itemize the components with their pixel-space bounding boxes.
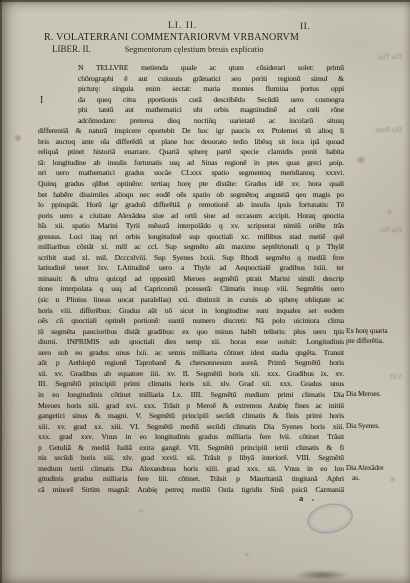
text-line: da queq citra pportionis curã describẽdo…: [78, 95, 344, 106]
foxing-spot: [356, 155, 366, 165]
text-line: tã: longitudine ab insulis fortunatis us…: [38, 158, 344, 169]
text-line: tione interpolata q usq ad Capricornũ pc…: [38, 284, 344, 295]
text-line: adcõmodare: preterea dieq noctiũq uariet…: [78, 116, 344, 127]
page-edge-top: [0, 0, 410, 2]
folio-number: II.: [300, 22, 310, 32]
text-line: differentiã & naturã inspicere oportebit…: [38, 126, 344, 137]
text-line: Meroes horis xiii. grad xvi. xxx. Trãsit…: [38, 401, 344, 412]
text-line: chõrographi ẽ aut cuiusuis grãmatici seu…: [78, 74, 344, 85]
running-header: LI. II.: [168, 21, 197, 31]
margin-note: pte differẽtia.: [346, 336, 408, 345]
text-line: aũt p Aethiopũ regionẽ Taprobanẽ & chers…: [38, 358, 344, 369]
signature-mark: a: [299, 493, 303, 503]
foxing-spot: [386, 208, 393, 215]
bottom-edge-smudge: [296, 570, 348, 580]
foxing-spot: [244, 552, 250, 557]
library-stamp-text: ·············: [324, 512, 335, 526]
page-edge-left: [0, 0, 2, 583]
text-line: uero sub eo gradus unus lxii. ac semis m…: [38, 348, 344, 359]
text-line: gressus. Loci itaq nri orbis longitudinẽ…: [38, 232, 344, 243]
text-line: lo ppinquãt. Horũ igr graduũ differẽtiã …: [38, 200, 344, 211]
ink-showthrough: Dia Per.: [342, 226, 402, 234]
text-line: p Getuliã & mediã Iudiã extra gangẽ. VII…: [38, 443, 344, 454]
text-line: medium tertii climatis Dia Alexandreas h…: [38, 464, 344, 475]
text-line: bris auctoq ante oĩa differẽdũ ut plane …: [38, 137, 344, 148]
ink-showthrough: Dia Tha.: [342, 53, 402, 61]
text-line: xii. xv. Gradibus ab equatore iiii. xv. …: [38, 369, 344, 380]
text-line: gangetici sinus & magni. V. Segmẽtũ prin…: [38, 411, 344, 422]
book-number: LIBER. II.: [52, 44, 91, 54]
text-line: tũ segmẽta paucioribus distãt gradibus: …: [38, 327, 344, 338]
ink-showthrough: VIII: [342, 373, 402, 381]
foxing-spot: [138, 508, 144, 514]
text-line: xxx. grad xxv. Vnus in eo longitudinis g…: [38, 432, 344, 443]
text-line: phi tantũ aut mathematici ubi orbis magn…: [78, 105, 344, 116]
foxing-spot: [14, 133, 22, 143]
margin-note: as.: [352, 473, 410, 482]
text-line: oẽs cũ qnoctiali optinẽt portionẽ: eantũ…: [38, 316, 344, 327]
ink-dot: [312, 499, 314, 501]
text-line: poris uero a ciuitate Alexãdea siue ad o…: [38, 211, 344, 222]
foxing-spot: [388, 476, 397, 483]
margin-note: Dia Meroes.: [346, 389, 408, 398]
text-block: N TELLVRE metienda quale ac qtum cõsider…: [38, 63, 344, 495]
text-line: (sic n Plinius lineas uocat paralellas) …: [38, 295, 344, 306]
text-line: bet habẽre dissimiles alioqn nec eodẽ oẽ…: [38, 190, 344, 201]
text-line: scribit stad xl. mil. Dcccxlviii. Sup Sy…: [38, 253, 344, 264]
text-line: minauit: & ultra quicqd ad oppositũ Mero…: [38, 274, 344, 285]
book-page: LI. II. II. R. VOLATERRANI COMMENTARIORV…: [0, 0, 410, 583]
text-line: xiii. xv. grad xx. xiii. VI. Segmẽtũ med…: [38, 422, 344, 433]
foxing-spot: [299, 84, 305, 90]
section-heading: Segmentorum cęlestium breuis explicatio: [125, 45, 264, 54]
margin-note: Dia Syenes.: [346, 421, 408, 430]
margin-note: Dia Alexãdre: [346, 463, 408, 472]
text-line: Quinq gradus qlibet optinẽre: tertiaq ho…: [38, 179, 344, 190]
text-line: gitudinis gradus milliaria fere liii. cõ…: [38, 474, 344, 485]
text-line: horis viii. differẽbus: Gradus aũt nõ si…: [38, 306, 344, 317]
text-line: reliquã ptinet historiã enarrare. Quartã…: [38, 147, 344, 158]
text-line: hĩs xii. spatio Marini Tyrii mẽsurã inte…: [38, 221, 344, 232]
margin-note: Ex horę quarta: [346, 326, 408, 335]
chapter-title: R. VOLATERRANI COMMENTARIORVM VRBANORVM: [44, 32, 344, 43]
text-line: nis secũdi horis xiii. xlv. grad xxvii. …: [38, 453, 344, 464]
text-line: latitudinẽ tenet lxv. LAtitudinẽ uero a …: [38, 263, 344, 274]
library-stamp-icon: ·············: [304, 500, 355, 538]
text-line: III. Segmẽtũ principiũ primi climatis ho…: [38, 379, 344, 390]
text-line: N TELLVRE metienda quale ac qtum cõsider…: [78, 63, 344, 74]
text-line: in eo longitudinis cõtinet milliaria Lx.…: [38, 390, 344, 401]
text-line: nri uero mathematici gradus uocãe CLxxx …: [38, 168, 344, 179]
chapter-subtitle: LIBER. II.Segmentorum cęlestium breuis e…: [52, 44, 344, 54]
ink-showthrough: Dia Rom.: [342, 126, 402, 134]
text-line: diurni. INPRIMIS sub qnoctiali dies semp…: [38, 337, 344, 348]
text-line: milliaribus cõstãt xi. mill ac ccl. Sup …: [38, 242, 344, 253]
